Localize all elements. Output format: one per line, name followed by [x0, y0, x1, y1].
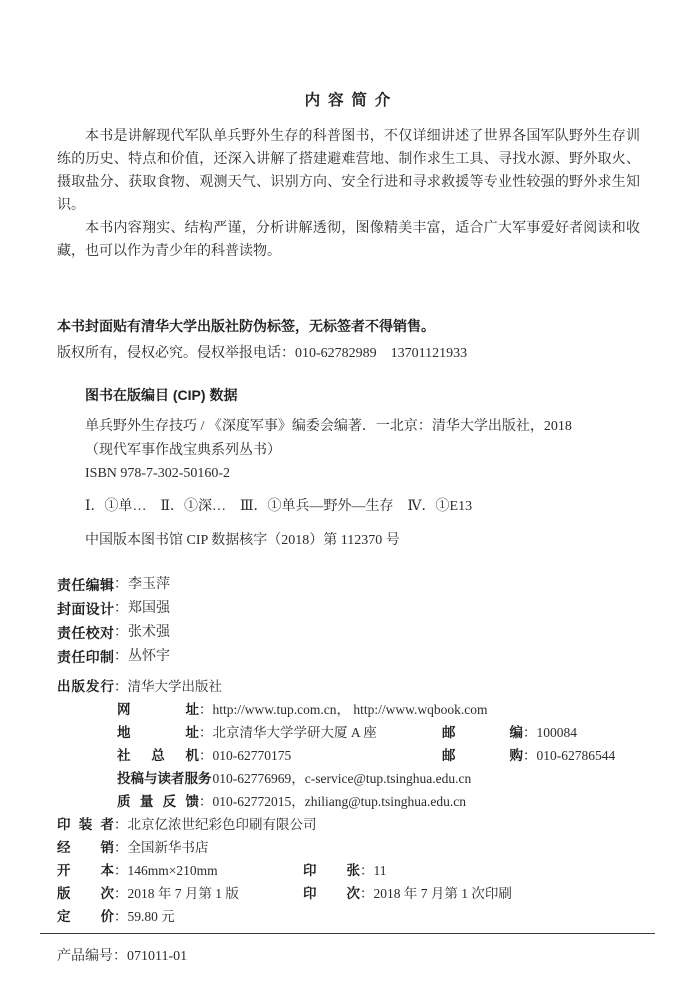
distributor-label: 经销	[57, 836, 114, 859]
format-label: 开本	[57, 859, 114, 882]
sheets-cell: 印张：11	[303, 859, 387, 882]
publisher-value: ：清华大学出版社	[114, 679, 222, 694]
staff-value: ：李玉萍	[114, 577, 170, 592]
postcode-value: ：100084	[523, 725, 577, 740]
legal-notices: 本书封面贴有清华大学出版社防伪标签，无标签者不得销售。 版权所有，侵权必究。侵权…	[57, 313, 640, 367]
cip-classification: Ⅰ．①单… Ⅱ．①深… Ⅲ．①单兵—野外—生存 Ⅳ．①E13	[85, 495, 640, 519]
price-row: 定价：59.80 元	[57, 905, 640, 928]
staff-block: 责任编辑：李玉萍 封面设计：郑国强 责任校对：张术强 责任印制：丛怀宇	[57, 573, 640, 669]
staff-label: 封面设计	[57, 597, 114, 621]
product-code: 产品编号：071011-01	[57, 947, 640, 967]
postcode-label: 邮编	[442, 721, 523, 744]
impression-cell: 印次：2018 年 7 月第 1 次印刷	[303, 882, 512, 905]
reader-service-row: 投稿与读者服务：010-62776969，c-service@tup.tsing…	[57, 767, 640, 790]
mail-order-value: ：010-62786544	[523, 748, 615, 763]
publisher-label: 出版发行	[57, 675, 114, 698]
switchboard-value: ：010-62770175	[199, 748, 291, 763]
bottom-divider	[40, 933, 655, 934]
printer-row: 印装者：北京亿浓世纪彩色印刷有限公司	[57, 813, 640, 836]
edition-value: ：2018 年 7 月第 1 版	[114, 886, 239, 901]
mail-order-cell: 邮购：010-62786544	[442, 744, 615, 767]
staff-row-proofreader: 责任校对：张术强	[57, 621, 640, 645]
staff-label: 责任校对	[57, 621, 114, 645]
impression-label: 印次	[303, 882, 360, 905]
printer-value: ：北京亿浓世纪彩色印刷有限公司	[114, 817, 317, 832]
staff-value: ：丛怀宇	[114, 649, 170, 664]
edition-label: 版次	[57, 882, 114, 905]
sheets-value: ：11	[360, 863, 387, 878]
staff-row-cover-design: 封面设计：郑国强	[57, 597, 640, 621]
cip-isbn: ISBN 978-7-302-50160-2	[85, 462, 640, 486]
quality-feedback-label: 质量反馈	[117, 790, 199, 813]
mail-order-label: 邮购	[442, 744, 523, 767]
address-row: 地址：北京清华大学学研大厦 A 座 邮编：100084	[57, 721, 640, 744]
distributor-value: ：全国新华书店	[114, 840, 209, 855]
switchboard-label: 社总机	[117, 744, 199, 767]
staff-row-print-supervisor: 责任印制：丛怀宇	[57, 645, 640, 669]
publisher-row: 出版发行：清华大学出版社	[57, 675, 640, 698]
intro-paragraph-1: 本书是讲解现代军队单兵野外生存的科普图书，不仅详细讲述了世界各国军队野外生存训练…	[57, 125, 640, 217]
switchboard-row: 社总机：010-62770175 邮购：010-62786544	[57, 744, 640, 767]
cip-record: 中国版本图书馆 CIP 数据核字（2018）第 112370 号	[85, 529, 640, 553]
anti-piracy-notice: 本书封面贴有清华大学出版社防伪标签，无标签者不得销售。	[57, 313, 640, 340]
intro-paragraph-2: 本书内容翔实、结构严谨，分析讲解透彻，图像精美丰富，适合广大军事爱好者阅读和收藏…	[57, 217, 640, 263]
copyright-notice: 版权所有，侵权必究。侵权举报电话：010-62782989 1370112193…	[57, 340, 640, 367]
intro-title: 内 容 简 介	[57, 88, 640, 110]
staff-value: ：张术强	[114, 625, 170, 640]
quality-feedback-row: 质量反馈：010-62772015，zhiliang@tup.tsinghua.…	[57, 790, 640, 813]
cip-entry: 单兵野外生存技巧 / 《深度军事》编委会编著．一北京：清华大学出版社，2018	[85, 415, 640, 439]
distributor-row: 经销：全国新华书店	[57, 836, 640, 859]
postcode-cell: 邮编：100084	[442, 721, 577, 744]
reader-service-label: 投稿与读者服务	[117, 767, 199, 790]
quality-feedback-value: ：010-62772015，zhiliang@tup.tsinghua.edu.…	[199, 794, 466, 809]
book-copyright-page: 内 容 简 介 本书是讲解现代军队单兵野外生存的科普图书，不仅详细讲述了世界各国…	[0, 0, 695, 1000]
staff-value: ：郑国强	[114, 601, 170, 616]
format-row: 开本：146mm×210mm 印张：11	[57, 859, 640, 882]
price-value: ：59.80 元	[114, 909, 175, 924]
website-value: ：http://www.tup.com.cn， http://www.wqboo…	[199, 702, 487, 717]
staff-label: 责任编辑	[57, 573, 114, 597]
address-label: 地址	[117, 721, 199, 744]
impression-value: ：2018 年 7 月第 1 次印刷	[360, 886, 512, 901]
address-value: ：北京清华大学学研大厦 A 座	[199, 725, 377, 740]
sheets-label: 印张	[303, 859, 360, 882]
cip-block: 图书在版编目 (CIP) 数据 单兵野外生存技巧 / 《深度军事》编委会编著．一…	[57, 385, 640, 553]
website-label: 网址	[117, 698, 199, 721]
edition-row: 版次：2018 年 7 月第 1 版 印次：2018 年 7 月第 1 次印刷	[57, 882, 640, 905]
publishing-block: 出版发行：清华大学出版社 网址：http://www.tup.com.cn， h…	[57, 675, 640, 928]
staff-label: 责任印制	[57, 645, 114, 669]
cip-heading: 图书在版编目 (CIP) 数据	[85, 385, 640, 405]
price-label: 定价	[57, 905, 114, 928]
reader-service-value: ：010-62776969，c-service@tup.tsinghua.edu…	[199, 771, 471, 786]
website-row: 网址：http://www.tup.com.cn， http://www.wqb…	[57, 698, 640, 721]
printer-label: 印装者	[57, 813, 114, 836]
cip-series: （现代军事作战宝典系列丛书）	[85, 439, 640, 463]
format-value: ：146mm×210mm	[114, 863, 218, 878]
staff-row-editor: 责任编辑：李玉萍	[57, 573, 640, 597]
